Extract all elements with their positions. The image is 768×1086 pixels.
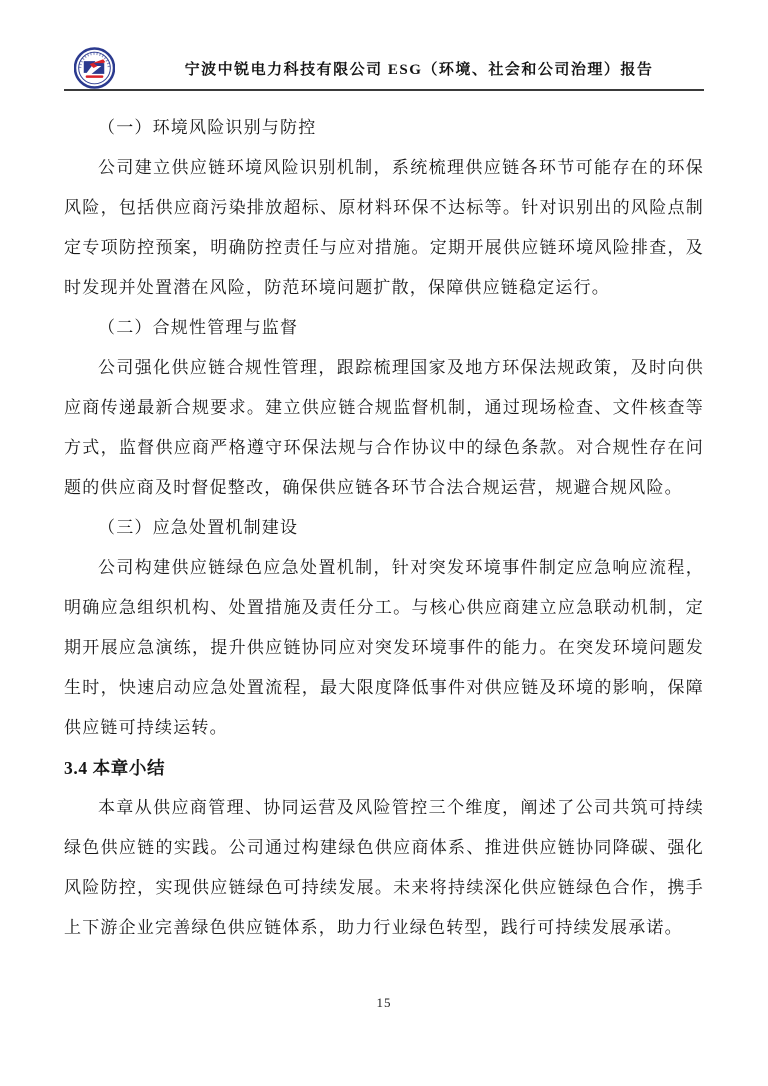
section-paragraph-2: 公司强化供应链合规性管理，跟踪梳理国家及地方环保法规政策，及时向供应商传递最新合… — [64, 348, 704, 508]
section-heading-2: （二）合规性管理与监督 — [64, 308, 704, 348]
section-heading-1: （一）环境风险识别与防控 — [64, 108, 704, 148]
document-page: 宁波中锐电力科技有限公司 ESG（环境、社会和公司治理）报告 （一）环境风险识别… — [0, 0, 768, 1086]
chapter-summary-paragraph: 本章从供应商管理、协同运营及风险管控三个维度，阐述了公司共筑可持续绿色供应链的实… — [64, 788, 704, 948]
chapter-summary-heading: 3.4 本章小结 — [64, 748, 704, 788]
section-paragraph-1: 公司建立供应链环境风险识别机制，系统梳理供应链各环节可能存在的环保风险，包括供应… — [64, 148, 704, 308]
section-heading-3: （三）应急处置机制建设 — [64, 508, 704, 548]
report-header-title: 宁波中锐电力科技有限公司 ESG（环境、社会和公司治理）报告 — [64, 58, 704, 79]
page-number: 15 — [377, 995, 392, 1010]
page-footer: 15 — [0, 995, 768, 1011]
section-paragraph-3: 公司构建供应链绿色应急处置机制，针对突发环境事件制定应急响应流程，明确应急组织机… — [64, 548, 704, 748]
page-header: 宁波中锐电力科技有限公司 ESG（环境、社会和公司治理）报告 — [64, 0, 704, 91]
document-body: （一）环境风险识别与防控 公司建立供应链环境风险识别机制，系统梳理供应链各环节可… — [64, 108, 704, 948]
